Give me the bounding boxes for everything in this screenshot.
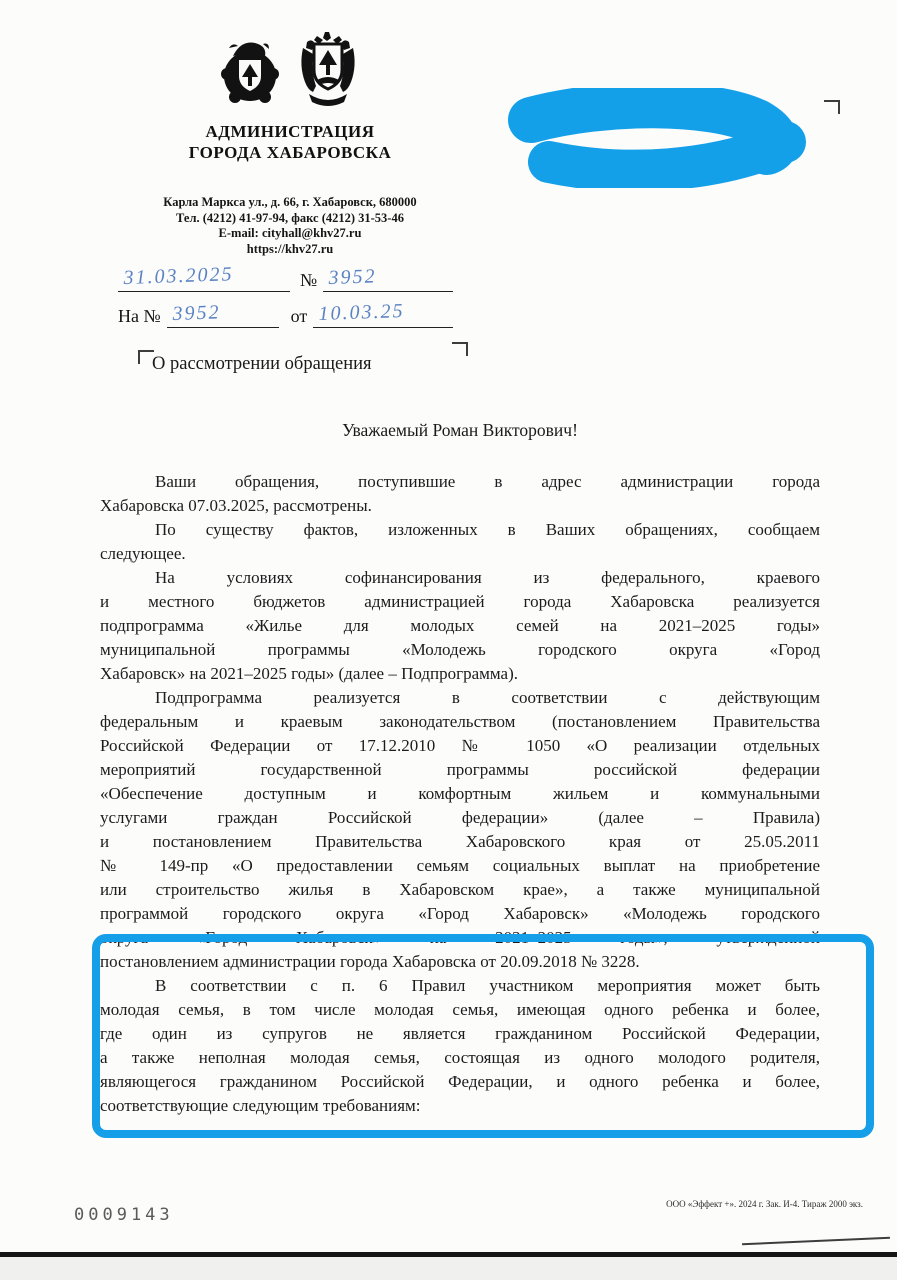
body-line: Хабаровск» на 2021–2025 годы» (далее – П… — [100, 662, 820, 686]
body-line: и постановлением Правительства Хабаровск… — [100, 830, 820, 854]
address-line: E-mail: cityhall@khv27.ru — [150, 226, 430, 242]
incoming-row: На № 3952 от 10.03.25 — [118, 292, 478, 328]
printing-house-info: ООО «Эффект +». 2024 г. Зак. И-4. Тираж … — [666, 1199, 863, 1209]
body-line: являющегося гражданином Российской Федер… — [100, 1070, 820, 1094]
body-line: соответствующие следующим требованиям: — [100, 1094, 820, 1118]
body-line: мероприятий государственной программы ро… — [100, 758, 820, 782]
org-name-line2: ГОРОДА ХАБАРОВСКА — [150, 142, 430, 163]
body-line: На условиях софинансирования из федераль… — [100, 566, 820, 590]
redaction-marker-scribble — [505, 88, 815, 188]
org-name: АДМИНИСТРАЦИЯ ГОРОДА ХАБАРОВСКА — [150, 121, 430, 163]
letterhead: АДМИНИСТРАЦИЯ ГОРОДА ХАБАРОВСКА Карла Ма… — [150, 30, 430, 257]
reference-block: 31.03.2025 № 3952 На № 3952 от 10.03.25 — [118, 256, 478, 328]
reply-label: На № — [118, 306, 167, 328]
incoming-number-handwritten: 3952 — [172, 301, 221, 326]
body-line: федеральным и краевым законодательством … — [100, 710, 820, 734]
body-line: Подпрограмма реализуется в соответствии … — [100, 686, 820, 710]
body-line: Российской Федерации от 17.12.2010 № 105… — [100, 734, 820, 758]
body-line: или строительство жилья в Хабаровском кр… — [100, 878, 820, 902]
region-coat-of-arms-icon — [295, 30, 361, 113]
outgoing-number-handwritten: 3952 — [328, 265, 377, 290]
address-line: Тел. (4212) 41-97-94, факс (4212) 31-53-… — [150, 211, 430, 227]
body-line: округа «Город Хабаровск» на 2021–2025 го… — [100, 926, 820, 950]
number-label: № — [290, 270, 323, 292]
body-line: Ваши обращения, поступившие в адрес адми… — [100, 470, 820, 494]
pen-mark-line — [742, 1237, 890, 1245]
outgoing-number-field: 3952 — [323, 267, 453, 292]
subject-right-bracket — [452, 342, 468, 356]
salutation: Уважаемый Роман Викторович! — [100, 420, 820, 441]
body-line: муниципальной программы «Молодежь городс… — [100, 638, 820, 662]
body-line: № 149-пр «О предоставлении семьям социал… — [100, 854, 820, 878]
org-address: Карла Маркса ул., д. 66, г. Хабаровск, 6… — [150, 195, 430, 257]
body-paragraphs: Ваши обращения, поступившие в адрес адми… — [100, 470, 820, 1118]
body-line: следующее. — [100, 542, 820, 566]
outgoing-date-field: 31.03.2025 — [118, 267, 290, 292]
body-line: программой городского округа «Город Хаба… — [100, 902, 820, 926]
reply-from-label: от — [279, 306, 314, 328]
letterhead-emblems — [150, 30, 430, 113]
outgoing-date-handwritten: 31.03.2025 — [123, 263, 234, 290]
incoming-date-handwritten: 10.03.25 — [319, 300, 406, 326]
city-coat-of-arms-icon — [219, 34, 281, 113]
body-line: постановлением администрации города Хаба… — [100, 950, 820, 974]
addressee-corner-bracket — [824, 100, 840, 114]
subject-text: О рассмотрении обращения — [152, 354, 372, 375]
body-line: «Обеспечение доступным и комфортным жиль… — [100, 782, 820, 806]
body-line: и местного бюджетов администрацией город… — [100, 590, 820, 614]
org-name-line1: АДМИНИСТРАЦИЯ — [150, 121, 430, 142]
body-line: подпрограмма «Жилье для молодых семей на… — [100, 614, 820, 638]
address-line: https://khv27.ru — [150, 242, 430, 258]
address-line: Карла Маркса ул., д. 66, г. Хабаровск, 6… — [150, 195, 430, 211]
body-line: По существу фактов, изложенных в Ваших о… — [100, 518, 820, 542]
body-line: а также неполная молодая семья, состояща… — [100, 1046, 820, 1070]
scanned-letter-page: АДМИНИСТРАЦИЯ ГОРОДА ХАБАРОВСКА Карла Ма… — [0, 0, 897, 1280]
body-line: где один из супругов не является граждан… — [100, 1022, 820, 1046]
subject-block: О рассмотрении обращения — [138, 342, 468, 386]
scan-edge-strip — [0, 1257, 897, 1280]
incoming-number-field: 3952 — [167, 303, 279, 328]
body-line: услугами граждан Российской федерации» (… — [100, 806, 820, 830]
body-line: В соответствии с п. 6 Правил участником … — [100, 974, 820, 998]
outgoing-row: 31.03.2025 № 3952 — [118, 256, 478, 292]
incoming-date-field: 10.03.25 — [313, 303, 453, 328]
form-serial-number: 0009143 — [74, 1205, 174, 1225]
body-line: молодая семья, в том числе молодая семья… — [100, 998, 820, 1022]
body-line: Хабаровска 07.03.2025, рассмотрены. — [100, 494, 820, 518]
